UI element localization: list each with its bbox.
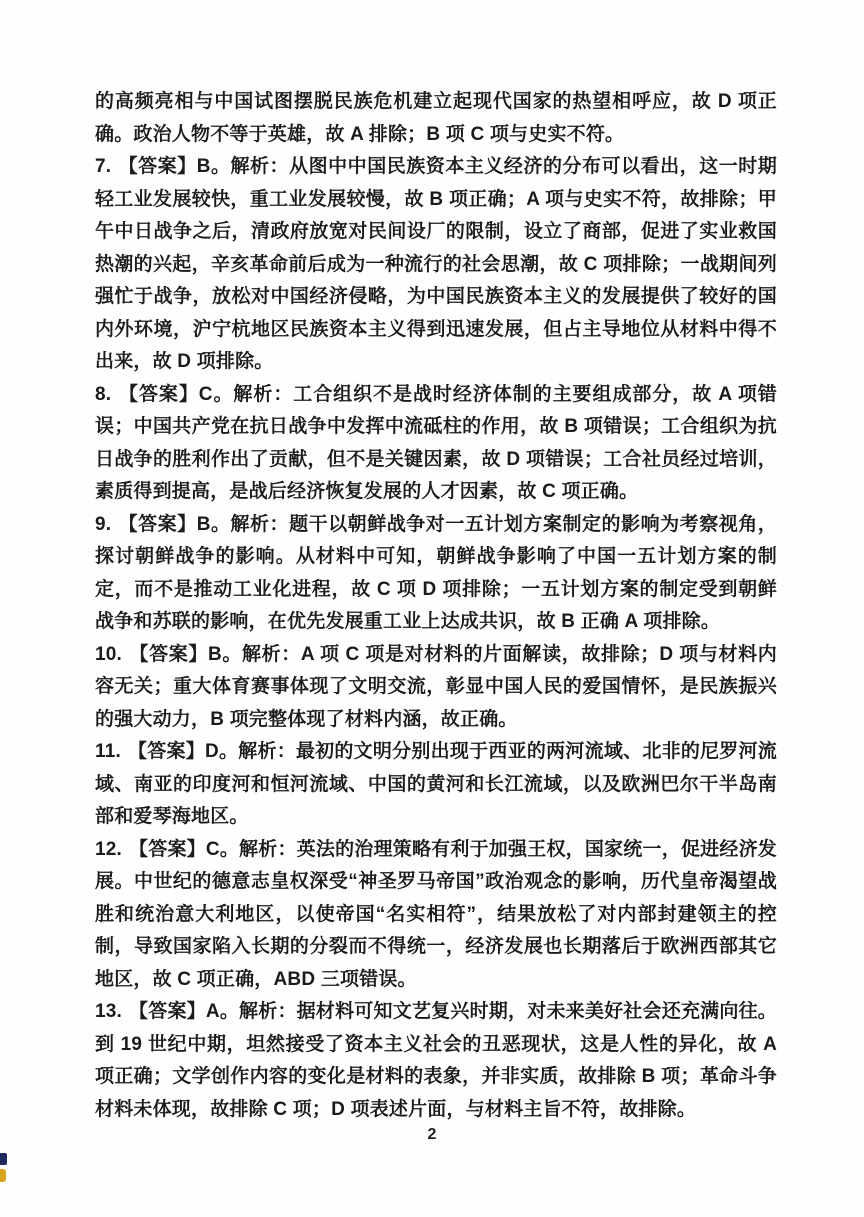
answer-label: 【答案】A。 (129, 1001, 239, 1022)
item-number: 13. (95, 1001, 122, 1022)
answer-item-12: 12.【答案】C。解析：英法的治理策略有利于加强王权，国家统一，促进经济发展。中… (95, 834, 777, 997)
answer-label: 【答案】C。 (129, 839, 239, 860)
continuation-paragraph: 的高频亮相与中国试图摆脱民族危机建立起现代国家的热望相呼应，故 D 项正确。政治… (95, 86, 777, 151)
answer-label: 【答案】B。 (118, 514, 230, 535)
item-number: 10. (95, 644, 122, 665)
answer-item-7: 7.【答案】B。解析：从图中中国民族资本主义经济的分布可以看出，这一时期轻工业发… (95, 151, 777, 379)
document-page: 的高频亮相与中国试图摆脱民族危机建立起现代国家的热望相呼应，故 D 项正确。政治… (0, 0, 864, 1217)
answer-label: 【答案】D。 (128, 741, 238, 762)
item-number: 8. (95, 384, 111, 405)
answer-key-text-block: 的高频亮相与中国试图摆脱民族危机建立起现代国家的热望相呼应，故 D 项正确。政治… (95, 86, 777, 1126)
answer-analysis: 解析：从图中中国民族资本主义经济的分布可以看出，这一时期轻工业发展较快，重工业发… (95, 156, 777, 372)
answer-item-9: 9.【答案】B。解析：题干以朝鲜战争对一五计划方案制定的影响为考察视角，探讨朝鲜… (95, 509, 777, 639)
answer-label: 【答案】B。 (129, 644, 242, 665)
page-number: 2 (0, 1126, 864, 1144)
item-number: 7. (95, 156, 111, 177)
item-number: 11. (95, 741, 121, 762)
logo-navy-shape (0, 1153, 7, 1165)
answer-item-10: 10.【答案】B。解析：A 项 C 项是对材料的片面解读，故排除；D 项与材料内… (95, 639, 777, 737)
clipped-logo-icon (0, 1153, 10, 1187)
answer-label: 【答案】C。 (118, 384, 233, 405)
answer-item-13: 13.【答案】A。解析：据材料可知文艺复兴时期，对未来美好社会还充满向往。到 1… (95, 996, 777, 1126)
item-number: 12. (95, 839, 122, 860)
item-number: 9. (95, 514, 111, 535)
logo-gold-shape (0, 1169, 6, 1182)
continuation-text: 的高频亮相与中国试图摆脱民族危机建立起现代国家的热望相呼应，故 D 项正确。政治… (95, 91, 777, 145)
answer-item-8: 8.【答案】C。解析：工合组织不是战时经济体制的主要组成部分，故 A 项错误；中… (95, 379, 777, 509)
answer-item-11: 11.【答案】D。解析：最初的文明分别出现于西亚的两河流域、北非的尼罗河流域、南… (95, 736, 777, 834)
answer-analysis: 解析：英法的治理策略有利于加强王权，国家统一，促进经济发展。中世纪的德意志皇权深… (95, 839, 777, 990)
answer-label: 【答案】B。 (118, 156, 230, 177)
